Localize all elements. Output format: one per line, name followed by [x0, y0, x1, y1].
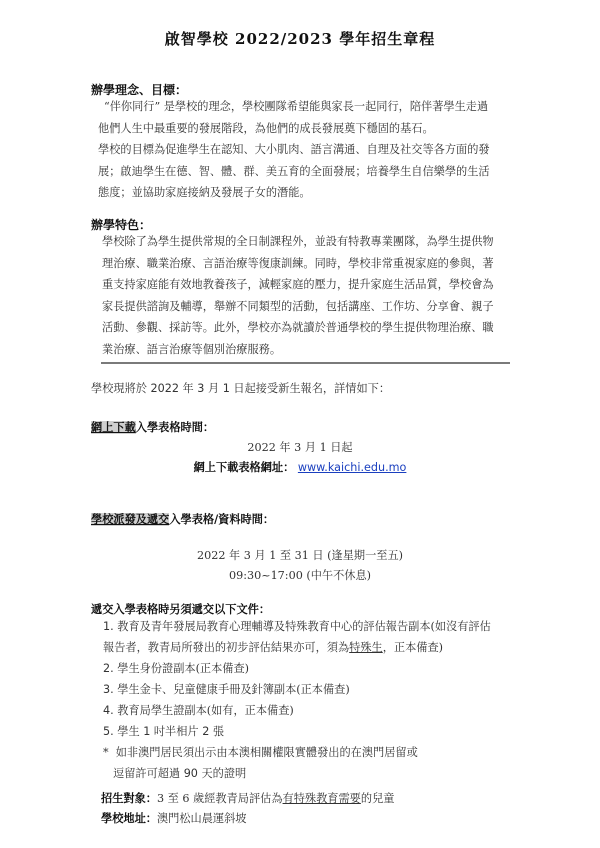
school-address: 學校地址：澳門松山晨運斜坡 — [101, 810, 246, 826]
features-line: 學校除了為學生提供常規的全日制課程外，並設有特教專業團隊，為學生提供物 — [102, 231, 522, 253]
philosophy-line: 他們人生中最重要的發展階段，為他們的成長發展奠下穩固的基石。 — [98, 118, 518, 140]
features-line: 理治療、職業治療、言語治療等復康訓練。同時，學校非常重視家庭的參與，著 — [102, 253, 522, 275]
documents-heading: 遞交入學表格時另須遞交以下文件： — [91, 601, 270, 617]
philosophy-paragraph: “伴你同行” 是學校的理念，學校團隊希望能與家長一起同行，陪伴著學生走過 他們人… — [98, 96, 518, 204]
note-line: * 如非澳門居民須出示由本澳相關權限實體發出的在澳門居留或 — [103, 742, 523, 763]
documents-list: 1. 教育及青年發展局教育心理輔導及特殊教育中心的評估報告副本(如沒有評估 報告… — [103, 616, 523, 784]
philosophy-line: 學校的目標為促進學生在認知、大小肌肉、語言溝通、自理及社交等各方面的發 — [98, 139, 518, 161]
features-line: 活動、參觀、採訪等。此外，學校亦為就讀於普通學校的學生提供物理治療、職 — [102, 317, 522, 339]
distribution-date: 2022 年 3 月 1 至 31 日 (逢星期一至五) — [0, 547, 600, 563]
features-paragraph: 學校除了為學生提供常規的全日制課程外，並設有特教專業團隊，為學生提供物 理治療、… — [102, 231, 522, 360]
philosophy-line: “伴你同行” 是學校的理念，學校團隊希望能與家長一起同行，陪伴著學生走過 — [98, 96, 518, 118]
features-line: 業治療、語言治療等個別治療服務。 — [102, 339, 522, 361]
online-download-date: 2022 年 3 月 1 日起 — [0, 439, 600, 455]
features-line: 家長提供諮詢及輔導，舉辦不同類型的活動，包括講座、工作坊、分享會、親子 — [102, 296, 522, 318]
online-download-heading: 網上下載入學表格時間： — [91, 419, 214, 435]
philosophy-line: 態度；並協助家庭接納及發展子女的潛能。 — [98, 182, 518, 204]
note-line: 逗留許可超過 90 天的證明 — [103, 763, 523, 784]
philosophy-line: 展；啟迪學生在德、智、體、群、美五育的全面發展；培養學生自信樂學的生活 — [98, 161, 518, 183]
list-item: 3. 學生金卡、兒童健康手冊及針簿副本(正本備查) — [103, 679, 523, 700]
list-item-continuation: 報告者，教青局所發出的初步評估結果亦可，須為特殊生，正本備查) — [103, 637, 523, 658]
list-item: 1. 教育及青年發展局教育心理輔導及特殊教育中心的評估報告副本(如沒有評估 — [103, 616, 523, 637]
features-line: 重支持家庭能有效地教養孩子，減輕家庭的壓力，提升家庭生活品質，學校會為 — [102, 274, 522, 296]
school-website-link[interactable]: www.kaichi.edu.mo — [298, 461, 407, 474]
online-download-url-line: 網上下載表格網址： www.kaichi.edu.mo — [0, 459, 600, 475]
distribution-heading: 學校派發及遞交入學表格/資料時間： — [91, 511, 274, 527]
admission-target: 招生對象：3 至 6 歲經教青局評估為有特殊教育需要的兒童 — [101, 790, 394, 806]
section-divider — [101, 362, 510, 364]
list-item: 5. 學生 1 吋半相片 2 張 — [103, 721, 523, 742]
announcement-line: 學校現將於 2022 年 3 月 1 日起接受新生報名，詳情如下： — [91, 380, 390, 396]
list-item: 2. 學生身份證副本(正本備查) — [103, 658, 523, 679]
document-page: 啟智學校 2022/2023 學年招生章程 辦學理念、目標： “伴你同行” 是學… — [0, 0, 600, 848]
distribution-time: 09:30~17:00 (中午不休息) — [0, 567, 600, 583]
list-item: 4. 教育局學生證副本(如有，正本備查) — [103, 700, 523, 721]
page-title: 啟智學校 2022/2023 學年招生章程 — [0, 28, 600, 49]
